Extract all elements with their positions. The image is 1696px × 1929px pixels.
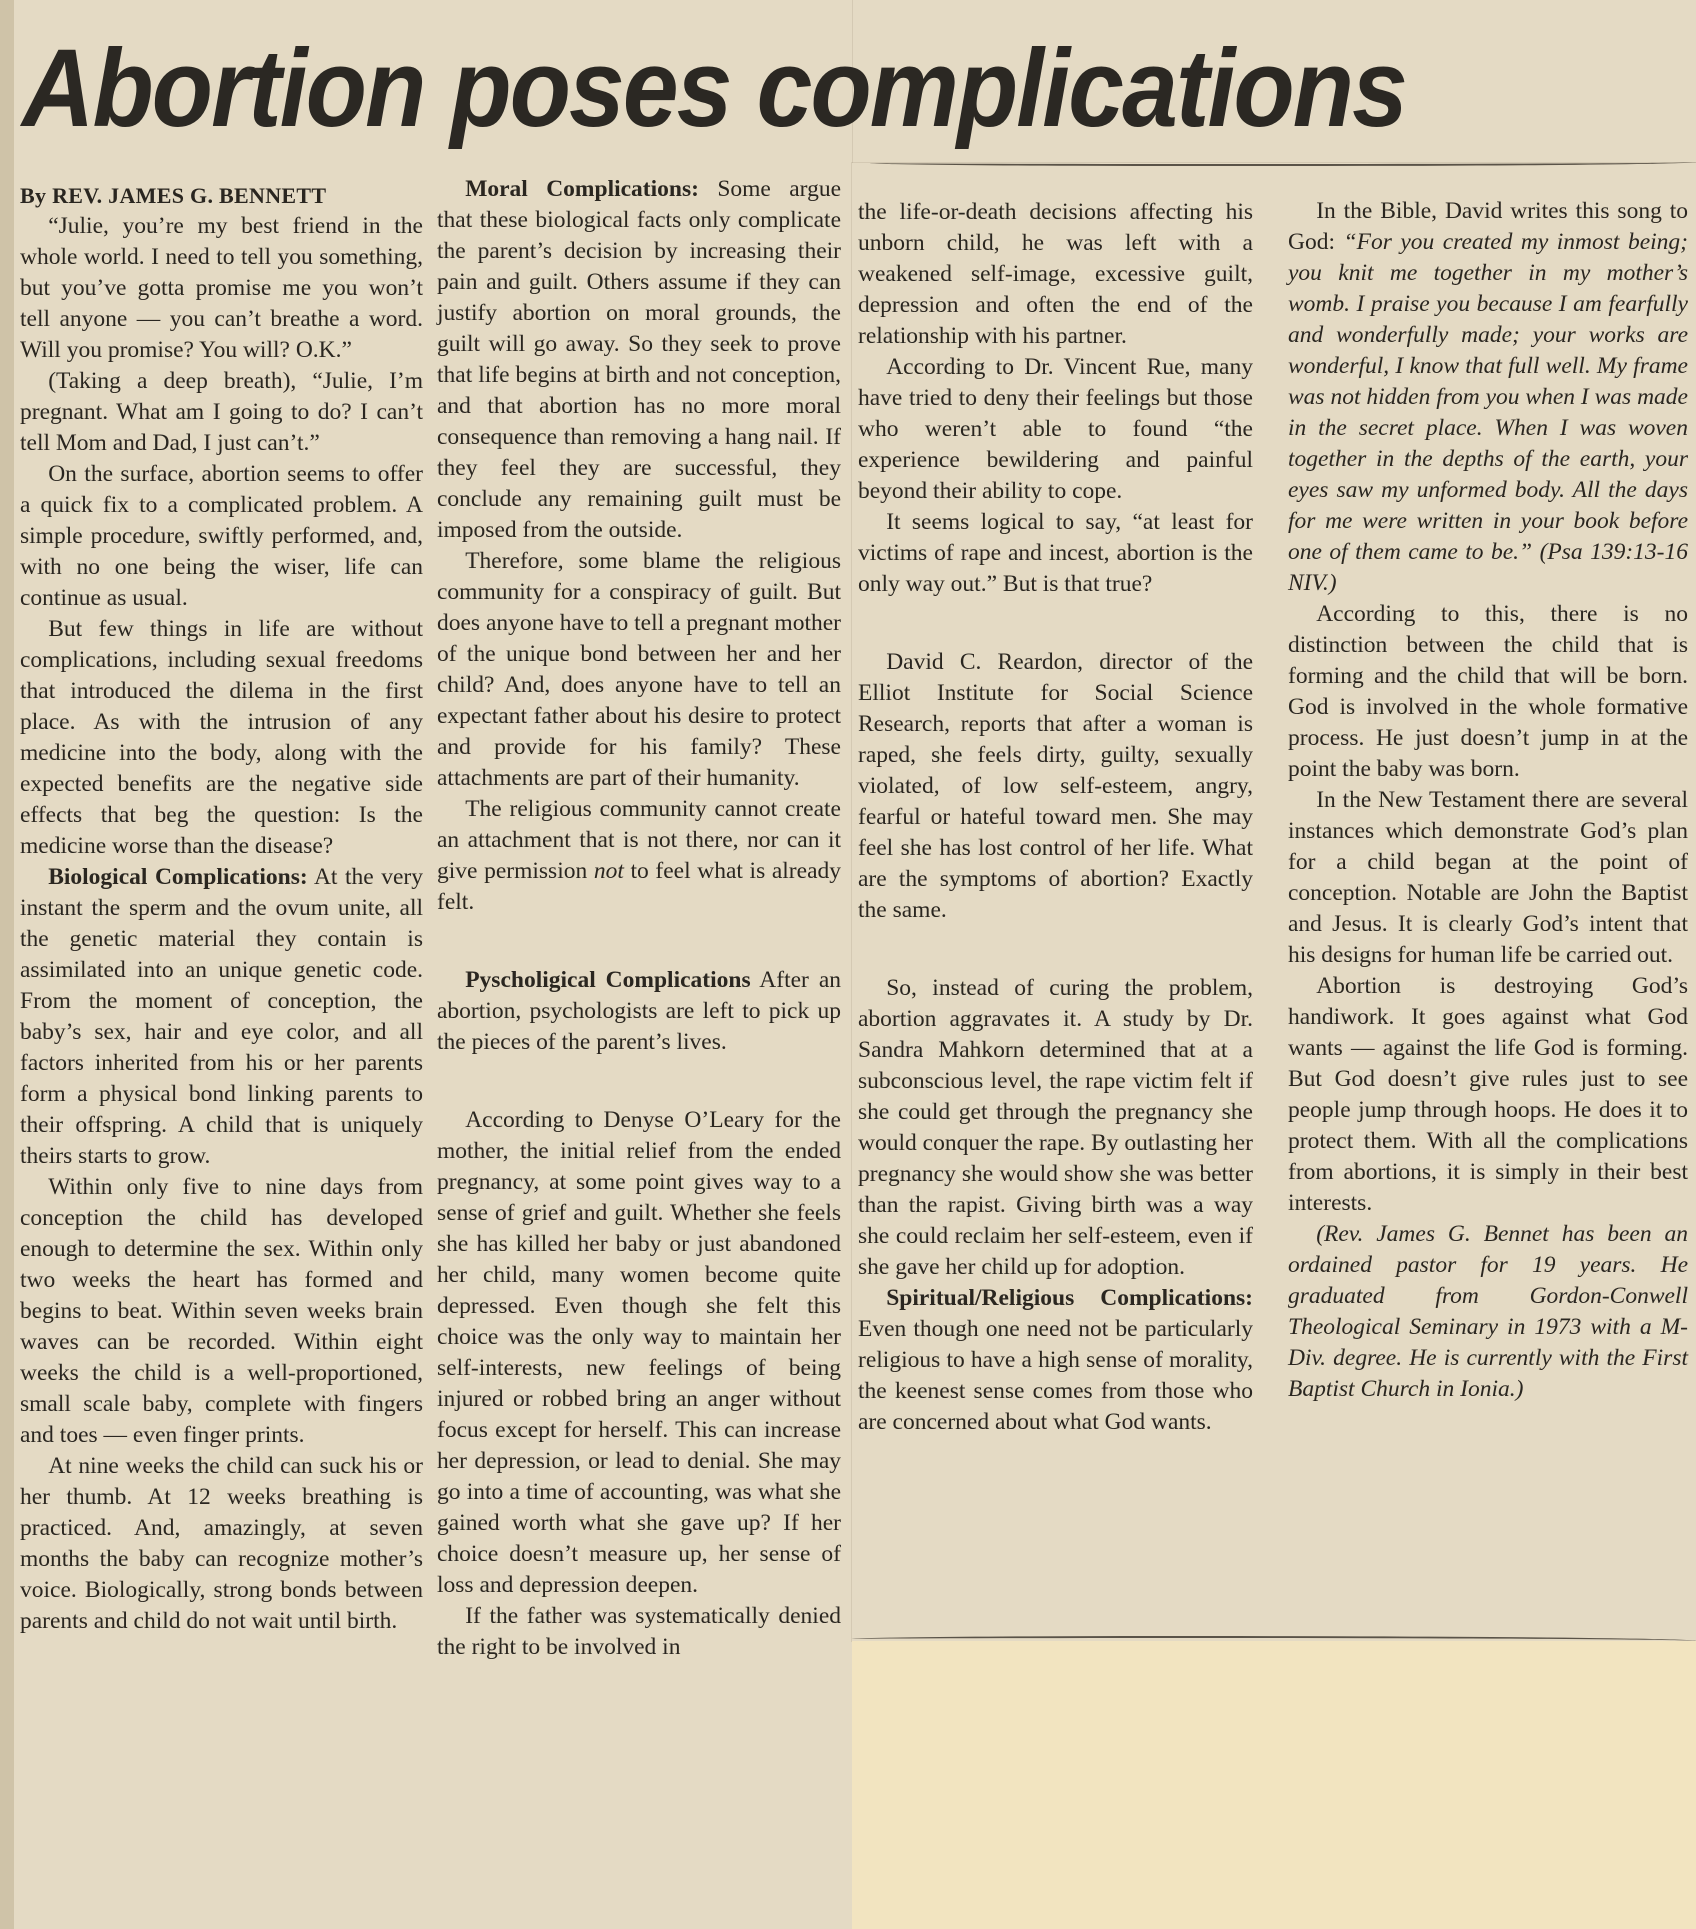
subheading-spiritual: Spiritual/Religious Complications:	[886, 1285, 1253, 1311]
paragraph: In the New Testament there are several i…	[1288, 785, 1688, 971]
subheading-psychological: Pyscholigical Complications	[465, 967, 750, 993]
torn-edge-bottom	[852, 1636, 1696, 1644]
paragraph-bible: In the Bible, David writes this song to …	[1288, 196, 1688, 599]
paragraph: (Taking a deep breath), “Julie, I’m preg…	[20, 366, 423, 459]
column-3: the life-or-death decisions affecting hi…	[858, 197, 1253, 1438]
paragraph: According to this, there is no distincti…	[1288, 599, 1688, 785]
paragraph-text: Even though one need not be particularly…	[858, 1316, 1253, 1435]
torn-edge-top	[870, 158, 1696, 166]
paragraph: At nine weeks the child can suck his or …	[20, 1451, 423, 1637]
paragraph-psychological: Pyscholigical Complications After an abo…	[437, 965, 841, 1058]
backing-paper	[852, 1641, 1696, 1929]
paragraph-text: Some argue that these biological facts o…	[437, 176, 841, 543]
author-note: (Rev. James G. Bennet has been an ordain…	[1288, 1219, 1688, 1405]
subheading-moral: Moral Complications:	[465, 176, 699, 202]
column-1: By REV. JAMES G. BENNETT “Julie, you’re …	[20, 180, 423, 1637]
paragraph: the life-or-death decisions affecting hi…	[858, 197, 1253, 352]
column-4: In the Bible, David writes this song to …	[1288, 196, 1688, 1405]
paragraph: It seems logical to say, “at least for v…	[858, 507, 1253, 600]
paragraph: On the surface, abortion seems to offer …	[20, 459, 423, 614]
paragraph-biological: Biological Complications: At the very in…	[20, 862, 423, 1172]
paragraph-text: At the very instant the sperm and the ov…	[20, 864, 423, 1169]
paragraph: But few things in life are without compl…	[20, 614, 423, 862]
column-2: Moral Complications: Some argue that the…	[437, 174, 841, 1663]
subheading-biological: Biological Complications:	[48, 864, 308, 890]
paragraph: Therefore, some blame the religious comm…	[437, 546, 841, 794]
paragraph-moral: Moral Complications: Some argue that the…	[437, 174, 841, 546]
page-edge	[0, 0, 14, 1929]
paragraph-religious-community: The religious community cannot create an…	[437, 794, 841, 918]
byline: By REV. JAMES G. BENNETT	[20, 180, 423, 211]
paragraph: So, instead of curing the problem, abort…	[858, 973, 1253, 1283]
paragraph: According to Dr. Vincent Rue, many have …	[858, 352, 1253, 507]
scripture-quote: “For you created my inmost being; you kn…	[1288, 229, 1688, 596]
paragraph-spiritual: Spiritual/Religious Complications: Even …	[858, 1283, 1253, 1438]
paragraph: “Julie, you’re my best friend in the who…	[20, 211, 423, 366]
paragraph: According to Denyse O’Leary for the moth…	[437, 1105, 841, 1601]
paragraph: If the father was systematically denied …	[437, 1601, 841, 1663]
paragraph: Within only five to nine days from conce…	[20, 1172, 423, 1451]
paragraph: David C. Reardon, director of the Elliot…	[858, 647, 1253, 926]
headline: Abortion poses complications	[22, 34, 1542, 144]
paragraph: Abortion is destroying God’s handiwork. …	[1288, 971, 1688, 1219]
emphasis: not	[594, 858, 624, 884]
